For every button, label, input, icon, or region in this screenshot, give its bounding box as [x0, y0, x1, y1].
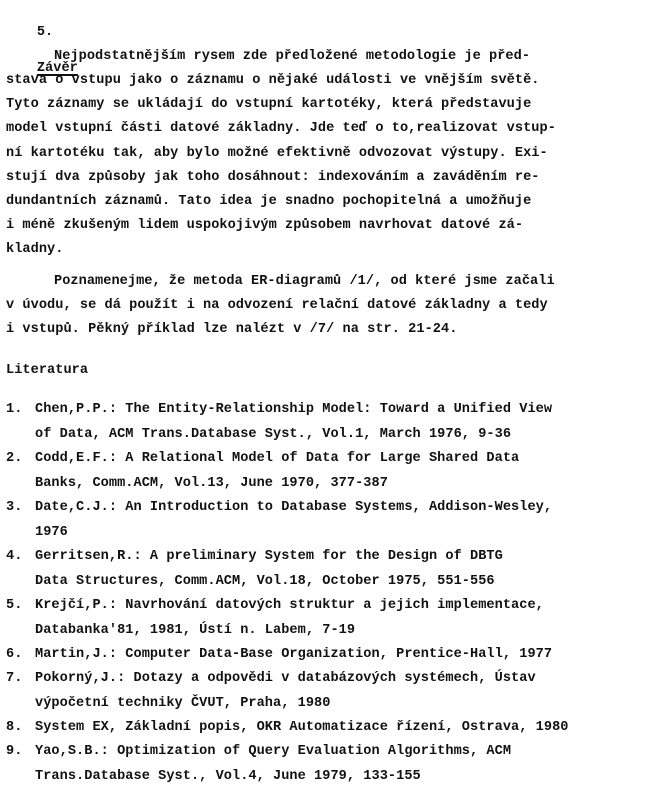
- reference-line: Databanka'81, 1981, Ústí n. Labem, 7-19: [35, 619, 671, 644]
- paragraph-line: model vstupní části datové základny. Jde…: [6, 120, 556, 138]
- reference-number: 3.: [6, 496, 22, 521]
- reference-number: 5.: [6, 594, 22, 619]
- reference-number: 1.: [6, 398, 22, 423]
- reference-line: Codd,E.F.: A Relational Model of Data fo…: [35, 447, 671, 472]
- paragraph-line: i vstupů. Pěkný příklad lze nalézt v /7/…: [6, 321, 457, 339]
- reference-line: Banks, Comm.ACM, Vol.13, June 1970, 377-…: [35, 472, 671, 497]
- reference-line: System EX, Základní popis, OKR Automatiz…: [35, 716, 671, 741]
- paragraph-line: stují dva způsoby jak toho dosáhnout: in…: [6, 169, 540, 187]
- section-number: 5.: [37, 25, 53, 40]
- reference-number: 9.: [6, 740, 22, 765]
- paragraph-line: Tyto záznamy se ukládají do vstupní kart…: [6, 96, 531, 114]
- reference-line: Pokorný,J.: Dotazy a odpovědi v databázo…: [35, 667, 671, 692]
- reference-line: Date,C.J.: An Introduction to Database S…: [35, 496, 671, 521]
- paragraph-line: Nejpodstatnějším rysem zde předložené me…: [6, 48, 530, 66]
- reference-number: 4.: [6, 545, 22, 570]
- reference-line: Martin,J.: Computer Data-Base Organizati…: [35, 643, 671, 668]
- paragraph-line: i méně zkušeným lidem uspokojivým způsob…: [6, 217, 523, 235]
- paragraph-line: Poznamenejme, že metoda ER-diagramů /1/,…: [6, 273, 555, 291]
- reference-number: 7.: [6, 667, 22, 692]
- paragraph-line: stava o vstupu jako o záznamu o nějaké u…: [6, 72, 540, 90]
- reference-line: 1976: [35, 521, 671, 546]
- reference-line: of Data, ACM Trans.Database Syst., Vol.1…: [35, 423, 671, 448]
- reference-line: Data Structures, Comm.ACM, Vol.18, Octob…: [35, 570, 671, 595]
- reference-line: Trans.Database Syst., Vol.4, June 1979, …: [35, 765, 671, 785]
- reference-number: 6.: [6, 643, 22, 668]
- paragraph-line: kladny.: [6, 241, 63, 259]
- reference-line: Chen,P.P.: The Entity-Relationship Model…: [35, 398, 671, 423]
- paragraph-line: dundantních záznamů. Tato idea je snadno…: [6, 193, 531, 211]
- literature-heading: Literatura: [6, 362, 88, 380]
- reference-line: výpočetní techniky ČVUT, Praha, 1980: [35, 692, 671, 717]
- document-page: 5. Závěr Nejpodstatnějším rysem zde před…: [0, 0, 671, 785]
- reference-number: 2.: [6, 447, 22, 472]
- reference-line: Krejčí,P.: Navrhování datových struktur …: [35, 594, 671, 619]
- reference-line: Yao,S.B.: Optimization of Query Evaluati…: [35, 740, 671, 765]
- reference-number: 8.: [6, 716, 22, 741]
- reference-line: Gerritsen,R.: A preliminary System for t…: [35, 545, 671, 570]
- paragraph-line: ní kartotéku tak, aby bylo možné efektiv…: [6, 145, 548, 163]
- paragraph-line: v úvodu, se dá použít i na odvození rela…: [6, 297, 548, 315]
